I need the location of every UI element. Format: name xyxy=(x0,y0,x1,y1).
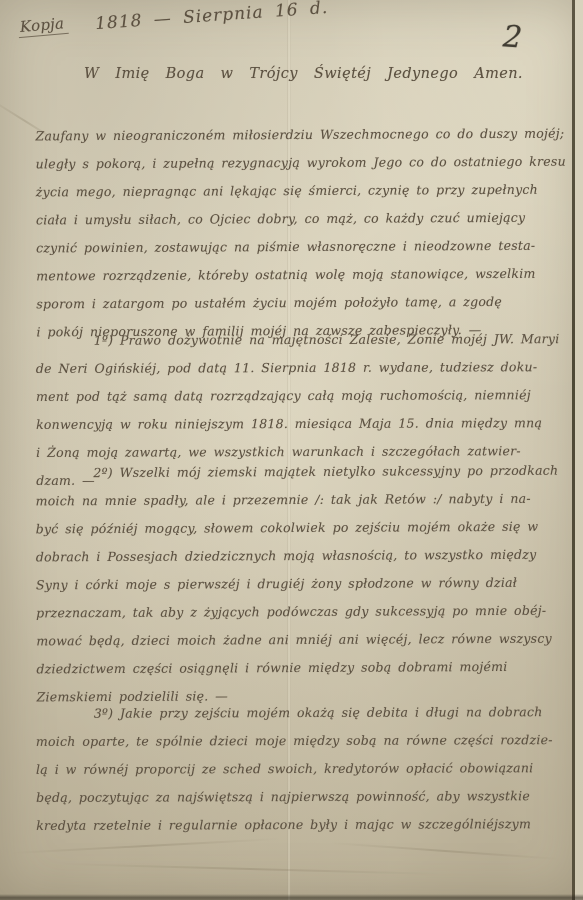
invocation-line: W Imię Boga w Trójcy Świętéj Jedynego Am… xyxy=(84,66,523,82)
manuscript-line: czynić powinien, zostawując na piśmie wł… xyxy=(36,232,558,263)
paragraph-point-2: 2º) Wszelki mój ziemski majątek nietylko… xyxy=(35,457,558,712)
manuscript-line: mentowe rozrządzenie, któreby ostatnią w… xyxy=(36,260,558,291)
date-heading: 1818 — Sierpnia 16 d. xyxy=(95,0,329,34)
page-edge xyxy=(575,0,583,900)
paper-crease xyxy=(330,842,560,860)
manuscript-line: kredyta rzetelnie i regularnie opłacone … xyxy=(36,810,558,840)
manuscript-line: de Neri Ogińskiéj, pod datą 11. Sierpnia… xyxy=(36,353,558,383)
manuscript-line: mować będą, dzieci moich żadne ani mniéj… xyxy=(36,625,558,656)
paragraph-preamble: Zaufany w nieograniczoném miłosierdziu W… xyxy=(35,120,558,347)
manuscript-line: moich na mnie spadły, ale i przezemnie /… xyxy=(35,485,557,516)
page-number: 2 xyxy=(502,19,523,55)
manuscript-page: Kopja 1818 — Sierpnia 16 d. 2 W Imię Bog… xyxy=(0,0,583,900)
paper-crease xyxy=(10,838,280,854)
manuscript-line: ment pod tąż samą datą rozrządzający cał… xyxy=(36,381,558,411)
manuscript-line: sporom i zatargom po ustałém życiu mojém… xyxy=(36,288,558,319)
manuscript-line: życia mego, niepragnąc ani lękając się ś… xyxy=(36,176,558,207)
manuscript-line: dziedzictwem części osiągnęli i równie m… xyxy=(36,653,558,684)
manuscript-line: Syny i córki moje s pierwszéj i drugiéj … xyxy=(36,569,558,600)
manuscript-line: moich oparte, te spólnie dzieci moje mię… xyxy=(36,726,558,756)
manuscript-line: będą, poczytując za najświętszą i najpie… xyxy=(36,782,558,812)
manuscript-line: przeznaczam, tak aby z żyjących podówcza… xyxy=(36,597,558,628)
manuscript-line: uległy s pokorą, i zupełną rezygnacyją w… xyxy=(36,148,558,179)
manuscript-line: ciała i umysłu siłach, co Ojciec dobry, … xyxy=(36,204,558,235)
manuscript-line: być się późniéj mogący, słowem cokolwiek… xyxy=(36,513,558,544)
manuscript-line: 1º) Prawo dożywotnie na majętności Zales… xyxy=(36,325,558,355)
page-edge-line xyxy=(572,0,575,900)
manuscript-line: lą i w równéj proporcij ze sched swoich,… xyxy=(36,754,558,784)
paper-crease xyxy=(60,863,440,875)
manuscript-line: konwencyją w roku niniejszym 1818. miesi… xyxy=(36,409,558,439)
copy-annotation: Kopja xyxy=(17,14,69,38)
manuscript-line: dobrach i Possesjach dziedzicznych moją … xyxy=(36,541,558,572)
paragraph-point-3: 3º) Jakie przy zejściu mojém okażą się d… xyxy=(36,698,558,840)
manuscript-line: Zaufany w nieograniczoném miłosierdziu W… xyxy=(35,120,557,151)
manuscript-line: 2º) Wszelki mój ziemski majątek nietylko… xyxy=(35,457,557,488)
page-bottom-shadow xyxy=(0,894,583,900)
manuscript-line: 3º) Jakie przy zejściu mojém okażą się d… xyxy=(36,698,558,728)
